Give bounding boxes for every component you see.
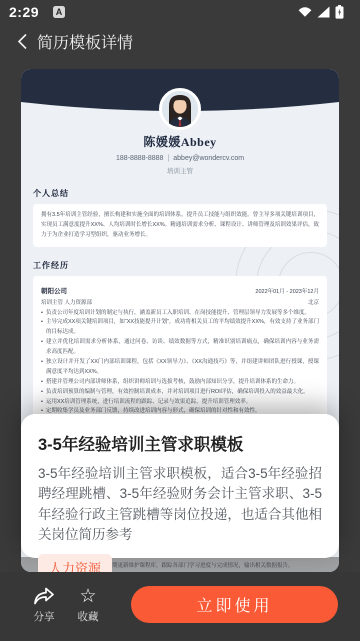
back-button[interactable]: [13, 32, 31, 50]
chevron-left-icon: [17, 33, 28, 50]
use-now-button[interactable]: 立即使用: [131, 586, 338, 623]
bullet-item: 搭建并管理公司内部讲师体系，组织讲师培训与选拔考核，鼓励内部知识分享，提升培训体…: [41, 378, 319, 388]
bottom-action-bar: 分享 ☆ 收藏 立即使用: [0, 572, 360, 641]
resume-section-experience: 工作经历: [33, 260, 327, 271]
resume-contact: 188-8888-8888|abbey@wondercv.com: [21, 155, 339, 162]
status-icons: [298, 5, 352, 19]
page-title: 简历模板详情: [37, 30, 133, 53]
resume-job-title: 培训主管: [21, 166, 339, 175]
avatar: [159, 88, 201, 130]
bullet-item: 独立设计并开发了XX门内部培训课程，包括《XX领导力》、《XX沟通技巧》等，并组…: [41, 358, 319, 378]
wifi-icon: [298, 6, 312, 18]
resume-section-summary: 个人总结: [33, 188, 327, 199]
bullet-item: 主导完成XX项关键培训项目，如“XX技能提升计划”，成功将相关员工的平均绩效提升…: [41, 318, 319, 338]
favorite-label: 收藏: [78, 609, 99, 624]
star-icon: ☆: [79, 586, 96, 606]
share-label: 分享: [34, 609, 55, 624]
template-title: 3-5年经验培训主管求职模板: [38, 431, 322, 455]
notification-icon: A: [53, 6, 65, 18]
cellular-signal-icon: [317, 6, 330, 18]
share-button[interactable]: 分享: [25, 586, 63, 624]
employment-period: 2022年01月 - 2023年12月: [255, 287, 319, 295]
favorite-button[interactable]: ☆ 收藏: [69, 586, 107, 624]
status-bar: 2:29 A: [0, 0, 360, 24]
resume-email: abbey@wondercv.com: [173, 155, 244, 162]
job-role: 培训主管 人力资源部: [41, 298, 92, 306]
bullet-item: 运用XX培训管理系统，进行培训流程的跟踪、记录与效果追踪，提升培训管理效率。: [41, 398, 319, 408]
bullet-item: 建立并优化培训需求分析体系，通过问卷、访谈、绩效数据等方式，精准识别培训痛点，确…: [41, 338, 319, 358]
app-screen: 2:29 A 简历模板详情: [0, 0, 360, 641]
bullet-item: 负责公司年度培训计划的制定与执行，涵盖新员工入职培训、在岗技能提升、管理层领导力…: [41, 309, 319, 319]
battery-charging-icon: [335, 5, 344, 19]
nav-bar: 简历模板详情: [0, 24, 360, 58]
job-location: 北京: [308, 298, 319, 306]
resume-name: 陈媛媛Abbey: [21, 133, 339, 150]
template-info-card: 3-5年经验培训主管求职模板 3-5年经验培训主管求职模板，适合3-5年经验招聘…: [21, 414, 339, 558]
clock: 2:29: [9, 4, 39, 20]
resume-job-entry: 朝阳公司 2022年01月 - 2023年12月 培训主管 人力资源部 北京 负…: [41, 286, 319, 418]
resume-header: [21, 69, 339, 114]
bullet-item: 负责培训预算的编制与管理，有效控制培训成本，并对培训项目进行ROI评估，确保培训…: [41, 388, 319, 398]
job-bullets: 负责公司年度培训计划的制定与执行，涵盖新员工入职培训、在岗技能提升、管理层领导力…: [41, 309, 319, 418]
resume-summary-text: 拥有3.5年培训主管经验，擅长构建和实施全面的培训体系，提升员工技能与组织效能。…: [41, 210, 319, 241]
resume-phone: 188-8888-8888: [116, 155, 164, 162]
company-name: 朝阳公司: [41, 286, 67, 295]
template-description: 3-5年经验培训主管求职模板，适合3-5年经验招聘经理跳槽、3-5年经验财务会计…: [38, 464, 322, 545]
share-icon: [33, 586, 55, 606]
